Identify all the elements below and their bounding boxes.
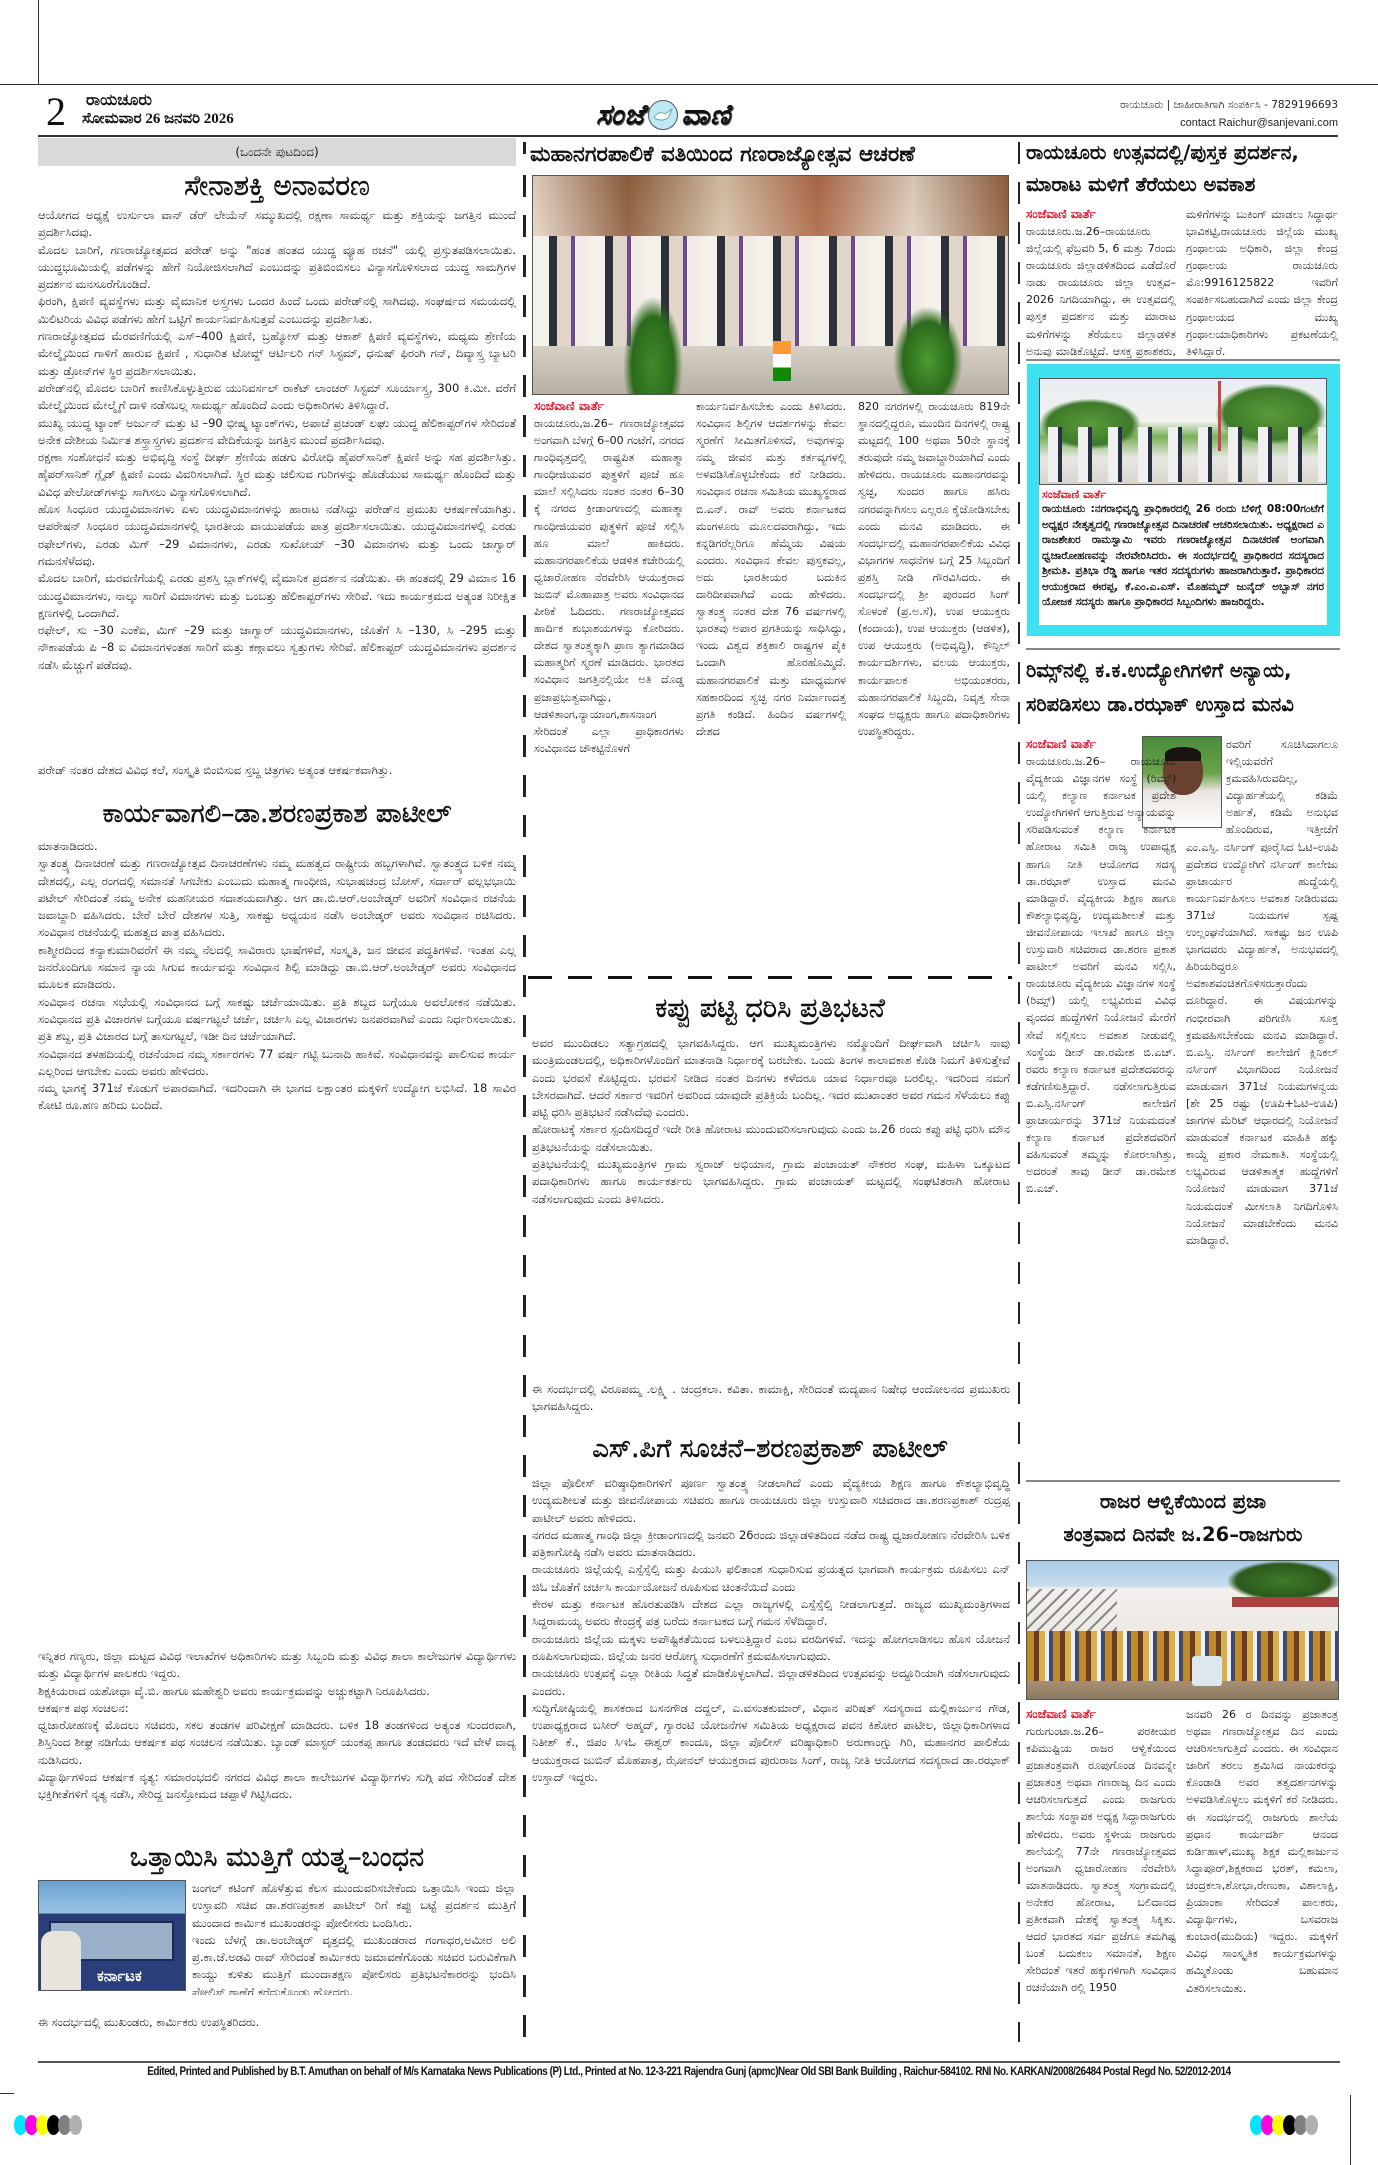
headline-rajaguru-line2: ತಂತ್ರವಾದ ದಿನವೇ ಜ.26–ರಾಜಗುರು — [1026, 1520, 1340, 1550]
paragraph: ಇನ್ನಿತರ ಗಣ್ಯರು, ಜಿಲ್ಲಾ ಮಟ್ಟದ ವಿವಿಧ ಇಲಾಖೆ… — [38, 1648, 516, 1683]
story-rims-col2: ರವರಿಗೆ ಸೂಚಿಸಿದಾಗಲೂ ಇಲ್ಲಿಯವರೆಗೆ ಕ್ರಮವಹಿಸಿ… — [1186, 736, 1338, 1476]
paragraph: ರಾಯಚೂರು.ಜ.26–ರಾಯಚೂರು ಜಿಲ್ಲೆಯಲ್ಲಿ ಫೆಬ್ರವರ… — [1026, 223, 1176, 358]
dashed-separator — [528, 976, 1012, 979]
story-black-band-body: ಅವರ ಮುಂದಿಡಲು ಸತ್ಯಾಗ್ರಹದಲ್ಲಿ ಭಾಗವಹಿಸಿದ್ದರ… — [532, 1035, 1010, 1425]
photo-rajaguru-school — [1026, 1560, 1339, 1700]
headline-sp-instruction: ಎಸ್.ಪಿಗೆ ಸೂಚನೆ–ಶರಣಪ್ರಕಾಶ್ ಪಾಟೀಲ್ — [528, 1430, 1012, 1468]
section-rule — [1026, 1480, 1340, 1482]
story-corporation-col3: 820 ನಗರಗಳಲ್ಲಿ ರಾಯಚೂರು 819ನೇ ಸ್ಥಾನದಲ್ಲಿದ್… — [858, 398, 1010, 878]
byline: ಸಂಜೆವಾಣಿ ವಾರ್ತೆ — [1026, 206, 1176, 223]
photo-corporation-group — [532, 175, 1009, 395]
paragraph: ಮುಖ್ಯ ಯುದ್ಧ ಟ್ಯಾಂಕ್ ಅರ್ಜುನ್ ಮತ್ತು ಟಿ –90… — [38, 415, 516, 450]
paragraph: ವಿದ್ಯಾರ್ಥಿಗಳಿಂದ ಆಕರ್ಷಕ ನೃತ್ಯ: ಸಮಾರಂಭದಲಿ … — [38, 1769, 516, 1804]
masthead-date: ಸೋಮವಾರ 26 ಜನವರಿ 2026 — [82, 110, 234, 128]
story-black-band-end: ಈ ಸಂದರ್ಭದಲ್ಲಿ ವಿರೂಪಮ್ಮ .ಲಕ್ಷ್ಮಿ . ಚಂದ್ರಕ… — [532, 1381, 1010, 1417]
byline: ಸಂಜೆವಾಣಿ ವಾರ್ತೆ — [1026, 1706, 1176, 1723]
story-rajaguru-col2: ಜನವರಿ 26 ರ ದಿನವನ್ನು ಪ್ರಜಾತಂತ್ರ ಅಥವಾ ಗಣರಾ… — [1186, 1706, 1338, 2046]
paragraph: ಈ ಸಂದರ್ಭದಲ್ಲಿ ವಿರೂಪಮ್ಮ .ಲಕ್ಷ್ಮಿ . ಚಂದ್ರಕ… — [532, 1381, 1010, 1416]
story-muttige-end: ಈ ಸಂದರ್ಭದಲ್ಲಿ ಮುಖಂಡರು, ಕಾರ್ಮಿಕರು ಉಪಸ್ಥಿತ… — [38, 1996, 516, 2048]
paragraph: ಮಾತನಾಡಿದರು. — [38, 838, 516, 855]
cyan-highlight-box: ಸಂಜೆವಾಣಿ ವಾರ್ತೆ ರಾಯಚೂರು :ನಗರಾಭಿವೃದ್ಧಿ ಪ್… — [1027, 364, 1340, 636]
crop-mark — [38, 0, 39, 84]
story-rajaguru-col1: ಸಂಜೆವಾಣಿ ವಾರ್ತೆ ಗುರುಗುಂಟಾ.ಜ.26– ಪರಕೀಯರ ಕ… — [1026, 1706, 1176, 2046]
paragraph: ರಾಯಚೂರು ಉತ್ಸವಕ್ಕೆ ಎಲ್ಲಾ ರೀತಿಯ ಸಿದ್ಧತೆ ಮಾ… — [532, 1665, 1010, 1700]
paragraph: ಸುದ್ದಿಗೋಷ್ಠಿಯಲ್ಲಿ ಶಾಸಕರಾದ ಬಸನಗೌಡ ದದ್ದಲ್,… — [532, 1700, 1010, 1786]
paragraph: ಧ್ವಜಾರೋಹಣಕ್ಕೆ ಮೊದಲು ಸಚಿವರು, ಸಕಲ ತಂಡಗಳ ಪರ… — [38, 1717, 516, 1769]
tree — [1228, 1561, 1338, 1601]
plant-left — [623, 296, 683, 395]
story-book-exhibition-col2: ಮಳಿಗೆಗಳನ್ನು ಬುಕಿಂಗ್ ಮಾಡಲು ಸಿದ್ಧಾರ್ಥ ಭಾವಿ… — [1186, 206, 1338, 358]
headline-black-band-protest: ಕಪ್ಪು ಪಟ್ಟಿ ಧರಿಸಿ ಪ್ರತಿಭಟನೆ — [528, 990, 1012, 1028]
paragraph: ಅವರ ಮುಂದಿಡಲು ಸತ್ಯಾಗ್ರಹದಲ್ಲಿ ಭಾಗವಹಿಸಿದ್ದರ… — [532, 1035, 1010, 1121]
paragraph: ರಾಯಚೂರು ಜಿಲ್ಲೆಯ ಮಕ್ಕಳು ಅಪೌಷ್ಟಿಕತೆಯಿಂದ ಬಳ… — [532, 1631, 1010, 1666]
headline-corporation-republic-day: ಮಹಾನಗರಪಾಲಿಕೆ ವತಿಯಿಂದ ಗಣರಾಜ್ಯೋತ್ಸವ ಆಚರಣೆ — [530, 139, 1014, 171]
paragraph: 820 ನಗರಗಳಲ್ಲಿ ರಾಯಚೂರು 819ನೇ ಸ್ಥಾನದಲ್ಲಿದ್… — [858, 398, 1010, 740]
continued-from-front-band: (ಒಂದನೇ ಪುಟದಿಂದ) — [38, 138, 516, 166]
story-corporation-col2: ಕಾರ್ಯನಿರ್ವಹಿಸಬೇಕು ಎಂದು ತಿಳಿಸಿದರು. ಸಂವಿಧಾ… — [696, 398, 846, 878]
light-grey-dot — [69, 2115, 82, 2135]
paragraph: ನಮ್ಮ ಭಾಗಕ್ಕೆ 371ಜೆ ಕೊಡುಗೆ ಅಪಾರವಾಗಿದೆ. ಇದ… — [38, 1080, 516, 1115]
masthead-city: ರಾಯಚೂರು — [86, 90, 152, 110]
story-rims-col1: ರಾಯಚೂರು.ಜ.26– ರಾಯಚೂರು ವೈದ್ಯಕೀಯ ವಿಜ್ಞಾನಗಳ… — [1026, 753, 1176, 1479]
paragraph: ರಾಯಚೂರು :ನಗರಾಭಿವೃದ್ಧಿ ಪ್ರಾಧಿಕಾರದಲ್ಲಿ 26 … — [1042, 502, 1324, 611]
paragraph: ನಗರದ ಮಹಾತ್ಮ ಗಾಂಧಿ ಜಿಲ್ಲಾ ಕ್ರೀಡಾಂಗಣದಲ್ಲಿ … — [532, 1527, 1010, 1562]
person-figure — [41, 1931, 81, 1991]
page-number: 2 — [46, 92, 66, 132]
paragraph: ಜಂಗಲ್ ಕಟಿಂಗ್ ಹೊಳೆತ್ತುವ ಕೆಲಸ ಮುಂದುವರಿಸಬೇಕ… — [192, 1880, 516, 1932]
paragraph: ರಾಯಚೂರು,ಜ.26– ಗಣರಾಜ್ಯೋತ್ಸವದ ಅಂಗವಾಗಿ ಬೆಳಗ… — [534, 415, 684, 757]
section-rule — [1026, 359, 1340, 361]
child-figure — [773, 341, 791, 381]
registration-marks-left — [14, 2115, 80, 2139]
byline: ಸಂಜೆವಾಣಿ ವಾರ್ತೆ — [1026, 736, 1138, 753]
group-of-people — [1040, 427, 1326, 482]
uda-caption-box: ಸಂಜೆವಾಣಿ ವಾರ್ತೆ ರಾಯಚೂರು :ನಗರಾಭಿವೃದ್ಧಿ ಪ್… — [1039, 485, 1327, 625]
logo-text-right: ವಾಣಿ — [681, 98, 731, 132]
photo-wrap-space — [1186, 736, 1226, 830]
column-divider — [523, 142, 526, 154]
paragraph: ಹೋರಾಟಕ್ಕೆ ಸರ್ಕಾರ ಸ್ಪಂದಿಸದಿದ್ದರೆ ಇದೇ ರೀತಿ… — [532, 1121, 1010, 1156]
paragraph: ರಾಯಚೂರು.ಜ.26– ರಾಯಚೂರು ವೈದ್ಯಕೀಯ ವಿಜ್ಞಾನಗಳ… — [1026, 753, 1176, 1197]
paragraph: ಪರೇಡ್ ನಂತರ ದೇಶದ ವಿವಿಧ ಕಲೆ, ಸಂಸ್ಕೃತಿ ಬಿಂಬ… — [38, 762, 516, 779]
story-sp-instruction-body: ಜಿಲ್ಲಾ ಪೊಲೀಸ್ ವರಿಷ್ಠಾಧಿಕಾರಿಗಳಿಗೆ ಪೂರ್ಣ ಸ… — [532, 1475, 1010, 2045]
contact-email: contact Raichur@sanjevani.com — [1180, 117, 1338, 129]
byline: ಸಂಜೆವಾಣಿ ವಾರ್ತೆ — [1042, 487, 1324, 502]
paragraph: ಸಂವಿಧಾನ ರಚನಾ ಸಭೆಯಲ್ಲಿ ಸಂವಿಧಾನದ ಬಗ್ಗೆ ಸಾಕ… — [38, 994, 516, 1046]
paragraph: ಗುರುಗುಂಟಾ.ಜ.26– ಪರಕೀಯರ ಕಪಿಮುಷ್ಟಿಯ ರಾಜರ ಆ… — [1026, 1723, 1176, 1997]
headline-book-exhibition-line2: ಮಾರಾಟ ಮಳಿಗೆ ತೆರೆಯಲು ಅವಕಾಶ — [1026, 170, 1342, 200]
story-sena-shakti-tail: ಪರೇಡ್ ನಂತರ ದೇಶದ ವಿವಿಧ ಕಲೆ, ಸಂಸ್ಕೃತಿ ಬಿಂಬ… — [38, 762, 516, 796]
masthead-rule — [38, 135, 1338, 137]
building-sign — [1232, 1597, 1339, 1607]
headline-sena-shakti: ಸೇನಾಶಕ್ತಿ ಅನಾವರಣ — [38, 168, 516, 204]
paragraph: ಮೊದಲ ಬಾರಿಗೆ, ಗಣರಾಜ್ಯೋತ್ಸವದ ಪರೇಡ್ ಅನ್ನು "… — [38, 242, 516, 294]
story-karyavagali-end: ಇನ್ನಿತರ ಗಣ್ಯರು, ಜಿಲ್ಲಾ ಮಟ್ಟದ ವಿವಿಧ ಇಲಾಖೆ… — [38, 1648, 516, 1818]
paragraph: ಈ ಸಂದರ್ಭದಲ್ಲಿ ಮುಖಂಡರು, ಕಾರ್ಮಿಕರು ಉಪಸ್ಥಿತ… — [38, 1996, 516, 2031]
paragraph: ಪ್ರತಿಭಟನೆಯಲ್ಲಿ ಮುಖ್ಯಮಂತ್ರಿಗಳ ಗ್ರಾಮ ಸ್ವರಾ… — [532, 1156, 1010, 1208]
paragraph: ಆಯೋಗದ ಅಧ್ಯಕ್ಷೆ ಉರ್ಸುಲಾ ವಾನ್ ಡೆರ್ ಲೇಯೆನ್ … — [38, 207, 516, 242]
paragraph: ಜಿಲ್ಲಾ ಪೊಲೀಸ್ ವರಿಷ್ಠಾಧಿಕಾರಿಗಳಿಗೆ ಪೂರ್ಣ ಸ… — [532, 1475, 1010, 1527]
paragraph: ಪರೇಡ್‌ನಲ್ಲಿ ಮೊದಲ ಬಾರಿಗೆ ಕಾಣಿಸಿಕೊಳ್ಳುತ್ತಿ… — [38, 380, 516, 415]
flag-base — [1192, 1656, 1222, 1686]
crop-mark — [0, 2093, 14, 2094]
light-grey-dot — [1305, 2115, 1318, 2135]
headline-karyavagali: ಕಾರ್ಯವಾಗಲಿ–ಡಾ.ಶರಣಪ್ರಕಾಶ ಪಾಟೀಲ್ — [38, 796, 516, 832]
registration-marks-right — [1250, 2115, 1316, 2139]
paragraph: ರಾಯಚೂರು ಜಿಲ್ಲೆಯಲ್ಲಿ ಎಸ್ಸೆಸ್ಸೆಲ್ಸಿ ಮತ್ತು … — [532, 1561, 1010, 1596]
paragraph: ಹೊಸ ಸಿಂಧೂರ ಯುದ್ಧವಿಮಾನಗಳು ಏಳು ಯುದ್ಧವಿಮಾನಗ… — [38, 501, 516, 570]
paragraph: ಸ್ವಾತಂತ್ರ್ಯ ದಿನಾಚರಣೆ ಮತ್ತು ಗಣರಾಜ್ಯೋತ್ಸವ … — [38, 855, 516, 941]
ad-contact-line: ರಾಯಚೂರು | ಜಾಹೀರಾತಿಗಾಗಿ ಸಂಪರ್ಕಿಸಿ - 78291… — [1120, 99, 1338, 112]
logo-text-left: ಸಂಜೆ — [596, 98, 645, 132]
paragraph: ಕಾಶ್ಮೀರದಿಂದ ಕನ್ಯಾಕುಮಾರಿವರೆಗೆ ಈ ನಮ್ಮ ನೆಲದ… — [38, 942, 516, 994]
headline-book-exhibition-line1: ರಾಯಚೂರು ಉತ್ಸವದಲ್ಲಿ/ಪುಸ್ತಕ ಪ್ರದರ್ಶನ, — [1026, 138, 1342, 168]
plant-right — [893, 306, 963, 395]
paragraph: ರಫೇಲ್, ಸು –30 ಎಂಕೆಐ, ಮಿಗ್ –29 ಮತ್ತು ಜಾಗ್… — [38, 622, 516, 674]
section-rule — [1026, 648, 1340, 650]
headline-rims-line2: ಸರಿಪಡಿಸಲು ಡಾ.ರಝಾಕ್ ಉಸ್ತಾದ ಮನವಿ — [1026, 690, 1342, 720]
photo-protest-bus: ಕರ್ನಾಟಕ — [38, 1880, 186, 1991]
paragraph: ಮೊದಲ ಬಾರಿಗೆ, ಮರವಣಿಗೆಯಲ್ಲಿ ಎರಡು ಪ್ರಶಸ್ತಿ … — [38, 570, 516, 622]
story-corporation-col1: ಸಂಜೆವಾಣಿ ವಾರ್ತೆ ರಾಯಚೂರು,ಜ.26– ಗಣರಾಜ್ಯೋತ್… — [534, 398, 684, 878]
story-sena-shakti-body: ಆಯೋಗದ ಅಧ್ಯಕ್ಷೆ ಉರ್ಸುಲಾ ವಾನ್ ಡೆರ್ ಲೇಯೆನ್ … — [38, 207, 516, 759]
column-divider — [523, 175, 526, 2045]
headline-rims-line1: ರಿಮ್ಸ್‌ನಲ್ಲಿ ಕ.ಕ.ಉದ್ಯೋಗಿಗಳಿಗೆ ಅನ್ಯಾಯ, — [1026, 656, 1342, 686]
building-background — [533, 176, 1008, 236]
footer-rule — [38, 2061, 1340, 2063]
paragraph: ಕಾರ್ಯನಿರ್ವಹಿಸಬೇಕು ಎಂದು ತಿಳಿಸಿದರು. ಸಂವಿಧಾ… — [696, 398, 846, 740]
story-book-exhibition-col1: ಸಂಜೆವಾಣಿ ವಾರ್ತೆ ರಾಯಚೂರು.ಜ.26–ರಾಯಚೂರು ಜಿಲ… — [1026, 206, 1176, 358]
crop-mark — [0, 84, 1378, 85]
paragraph: ಗಣರಾಜ್ಯೋತ್ಸವದ ಮೆರವಣಿಗೆಯಲ್ಲಿ ಎಸ್–400 ಕ್ಷಿ… — [38, 328, 516, 380]
students-line — [1027, 1631, 1338, 1681]
paragraph: ಇಂದು ಬೆಳಗ್ಗೆ ಡಾ.ಅಂಬೇಡ್ಕರ್ ವೃತ್ತದಲ್ಲಿ ಮುಖ… — [192, 1932, 516, 1995]
bus-label: ಕರ್ನಾಟಕ — [97, 1967, 142, 1985]
headline-rajaguru-line1: ರಾಜರ ಆಳ್ವಿಕೆಯಿಂದ ಪ್ರಜಾ — [1026, 1487, 1340, 1517]
imprint-line: Edited, Printed and Published by B.T. Am… — [129, 2066, 1249, 2078]
story-muttige-body: ಜಂಗಲ್ ಕಟಿಂಗ್ ಹೊಳೆತ್ತುವ ಕೆಲಸ ಮುಂದುವರಿಸಬೇಕ… — [192, 1880, 516, 1995]
column-divider — [1018, 142, 1020, 2042]
paragraph: ಫಿರಂಗಿ, ಕ್ಷಿಪಣಿ ವ್ಯವಸ್ಥೆಗಳು ಮತ್ತು ವೈಮಾನಿ… — [38, 293, 516, 328]
paragraph: ಶಿಕ್ಷಕಿಯರಾದ ಯಶೋಧಾ ವೈ.ಬಿ. ಹಾಗೂ ಮಹೇಶ್ವರಿ ಅ… — [38, 1683, 516, 1700]
paragraph: ಮಳಿಗೆಗಳನ್ನು ಬುಕಿಂಗ್ ಮಾಡಲು ಸಿದ್ಧಾರ್ಥ ಭಾವಿ… — [1186, 206, 1338, 358]
paragraph: ರಕ್ಷಣಾ ಸಂಶೋಧನೆ ಮತ್ತು ಅಭಿವೃದ್ಧಿ ಸಂಸ್ಥೆ ದೀ… — [38, 449, 516, 501]
continued-label: (ಒಂದನೇ ಪುಟದಿಂದ) — [235, 145, 318, 159]
dove-icon — [648, 100, 678, 130]
paragraph: ಜನವರಿ 26 ರ ದಿನವನ್ನು ಪ್ರಜಾತಂತ್ರ ಅಥವಾ ಗಣರಾ… — [1186, 1706, 1338, 1997]
headline-muttige-yatna: ಒತ್ತಾಯಿಸಿ ಮುತ್ತಿಗೆ ಯತ್ನ–ಬಂಧನ — [38, 1840, 516, 1876]
story-karyavagali-body: ಮಾತನಾಡಿದರು. ಸ್ವಾತಂತ್ರ್ಯ ದಿನಾಚರಣೆ ಮತ್ತು ಗ… — [38, 838, 516, 1648]
subhead-parade: ಆಕರ್ಷಕ ಪಥ ಸಂಚಲನ: — [38, 1700, 516, 1717]
photo-uda-flag-hoisting — [1039, 378, 1327, 485]
crop-mark — [1350, 2095, 1351, 2165]
newspaper-logo: ಸಂಜೆ ವಾಣಿ — [596, 97, 731, 133]
byline: ಸಂಜೆವಾಣಿ ವಾರ್ತೆ — [534, 398, 684, 415]
paragraph: ಸಂವಿಧಾನದ ತಳಹದಿಯಲ್ಲಿ ರಚನೆಯಾದ ನಮ್ಮ ಸರ್ಕಾರಗ… — [38, 1046, 516, 1081]
paragraph: ಕೇರಳ ಮತ್ತು ಕರ್ನಾಟಕ ಹೊರತುಪಡಿಸಿ ದೇಶದ ಎಲ್ಲಾ… — [532, 1596, 1010, 1631]
